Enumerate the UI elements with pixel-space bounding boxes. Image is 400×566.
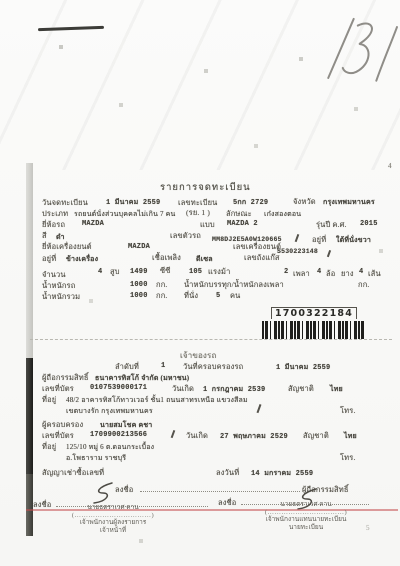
possessor-address-line1: 125/10 หมู่ 6 ต.ดอนกระเบื้อง (66, 442, 154, 453)
possessor-name: นายสมโชค คชา (100, 420, 152, 431)
scan-edge-shadow (26, 474, 33, 536)
wheel-unit: ล้อ (326, 268, 335, 280)
year-value: 2015 (360, 220, 378, 228)
possess-date-label: วันที่ครอบครองรถ (183, 361, 243, 373)
chassis-location-label: อยู่ที่ (312, 234, 326, 246)
half-cut-number: 8242062 (266, 333, 376, 339)
barcode-number: 1700322184 (271, 307, 357, 319)
signature-tick-left (90, 480, 116, 506)
owner-birth-value: 1 กรกฎาคม 2539 (203, 384, 265, 395)
possessor-birth-value: 27 พฤษภาคม 2529 (220, 431, 288, 442)
province-label: จังหวัด (293, 196, 316, 208)
gas-tank-label: เลขถังแก๊ส (244, 252, 280, 264)
contract-date-label: ลงวันที่ (216, 467, 239, 479)
seat-unit: คน (230, 290, 240, 302)
handwritten-number-mark (313, 11, 400, 96)
cc-value: 1499 (130, 268, 148, 276)
officer-stamp-title: เจ้าหน้าที่ (48, 527, 178, 535)
fuel-value: ดีเซล (196, 254, 213, 265)
holder-sign-line (140, 483, 300, 492)
body-style-value: เก๋งสองตอน (264, 209, 301, 220)
hp-unit: แรงม้า (208, 266, 230, 278)
engine-brand-value: MAZDA (128, 243, 150, 251)
cylinder-unit: สูบ (110, 266, 120, 278)
year-label: รุ่นปี ค.ศ. (316, 219, 347, 231)
registrar-stamp-paren: (……………………………) (238, 509, 374, 517)
type-value: รถยนต์นั่งส่วนบุคคลไม่เกิน 7 คน (74, 209, 176, 220)
axle-unit: เพลา (293, 268, 310, 280)
engine-no-value: S530223148 (277, 248, 318, 255)
page-number-top: 4 (388, 162, 392, 170)
officer-stamp-name: นายธตราเวศ คาน (48, 504, 178, 512)
contract-label: สัญญาเช่าซื้อเลขที่ (42, 467, 104, 479)
owner-tel-label: โทร. (340, 405, 355, 417)
model-label: แบบ (200, 219, 215, 231)
owner-card-value: 0107539000171 (90, 384, 147, 392)
engine-location-label: อยู่ที่ (42, 253, 56, 265)
cc-unit: ซีซี (160, 265, 170, 277)
brand-value: MAZDA (82, 220, 104, 228)
officer-stamp-left: นายธตราเวศ คาน (……………………………) เจ้าพนักงาน… (48, 504, 178, 534)
tire-value: 4 (359, 268, 363, 276)
officer-stamp-paren: (……………………………) (48, 512, 178, 520)
total-weight-label: น้ำหนักรวม (42, 291, 80, 303)
order-label: ลำดับที่ (115, 361, 139, 373)
possessor-tel-label: โทร. (340, 452, 355, 464)
reg-no-value: 5กก 2729 (233, 197, 268, 208)
reg-date-value: 1 มีนาคม 2559 (106, 197, 160, 208)
scan-edge-shadow (26, 163, 33, 360)
possessor-address-label: ที่อยู่ (42, 441, 56, 453)
weight-value: 1000 (130, 281, 148, 289)
possessor-nationality-value: ไทย (344, 431, 357, 442)
cylinder-value: 4 (98, 268, 102, 276)
model-value: MAZDA 2 (227, 220, 258, 228)
officer-stamp-role: เจ้าพนักงานผู้ลงรายการ (48, 519, 178, 527)
owner-birth-label: วันเกิด (172, 383, 194, 395)
scanned-registration-page: 4 รายการจดทะเบียน วันจดทะเบียน 1 มีนาคม … (0, 0, 400, 566)
scan-speckles (0, 0, 2, 2)
possessor-card-value: 1709900213566 (90, 431, 147, 439)
registrar-stamp-role: เจ้าพนักงานแทนนายทะเบียน (238, 516, 374, 524)
chassis-location-value: ใต้ที่นั่งขวา (336, 235, 371, 246)
axle-value: 2 (284, 268, 288, 276)
type-code: (รย. 1 ) (186, 207, 210, 219)
tire-label: ยาง (341, 268, 354, 280)
seat-label: ที่นั่ง (184, 290, 198, 302)
holder-sign-label: ลงชื่อ (115, 484, 133, 496)
contract-date-value: 14 มกราคม 2559 (251, 468, 313, 479)
registrar-stamp-right: นายธตราเวศ คาน (……………………………) เจ้าพนักงาน… (238, 501, 374, 531)
registrar-sign-label: ลงชื่อ (218, 497, 236, 509)
order-value: 1 (161, 362, 165, 370)
owner-address-line1: 48/2 อาคารทิสโก้ทาวเวอร์ ชั้น1 ถนนสาทรเห… (66, 395, 248, 406)
registrar-stamp-name: นายธตราเวศ คาน (238, 501, 374, 509)
body-style-label: ลักษณะ (226, 208, 252, 220)
document-title: รายการจดทะเบียน (160, 180, 251, 195)
possess-date-value: 1 มีนาคม 2559 (276, 362, 330, 373)
wheel-value: 4 (317, 268, 321, 276)
total-weight-value: 1000 (130, 292, 148, 300)
owner-nationality-label: สัญชาติ (288, 383, 314, 395)
engine-location-value: ข้างเครื่อง (66, 254, 98, 265)
owner-address-label: ที่อยู่ (42, 394, 56, 406)
fuel-label: เชื้อเพลิง (152, 252, 181, 264)
perforation-line (30, 339, 392, 340)
possessor-nationality-label: สัญชาติ (303, 430, 329, 442)
owner-address-line2: เขตบางรัก กรุงเทพมหานคร (66, 406, 153, 417)
possessor-birth-label: วันเกิด (186, 430, 208, 442)
engine-brand-label: ยี่ห้อเครื่องยนต์ (42, 241, 92, 253)
province-value: กรุงเทพมหานคร (323, 197, 375, 208)
chassis-label: เลขตัวรถ (170, 230, 201, 242)
seat-value: 5 (216, 292, 220, 300)
load-weight-unit: กก. (358, 279, 369, 291)
page-number-bottom: 5 (366, 524, 370, 532)
total-weight-unit: กก. (156, 290, 167, 302)
possessor-address-line2: อ.โพธาราม ราชบุรี (66, 453, 126, 464)
owner-nationality-value: ไทย (330, 384, 343, 395)
tire-unit: เส้น (368, 268, 381, 280)
scan-edge-shadow (26, 358, 33, 476)
hp-value: 105 (189, 268, 202, 276)
registrar-stamp-title: นายทะเบียน (238, 524, 374, 532)
